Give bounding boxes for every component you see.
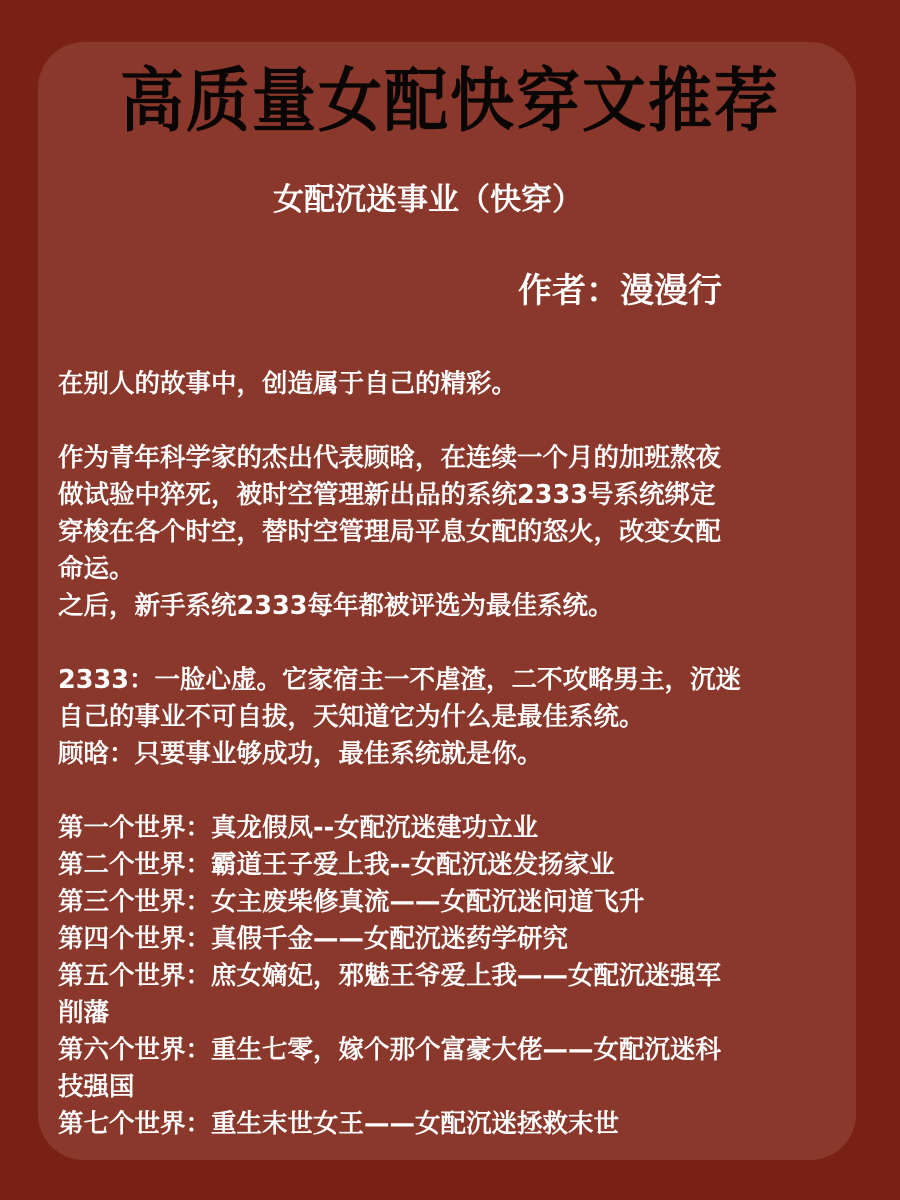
world-item-4: 第四个世界：真假千金——女配沉迷药学研究	[58, 921, 848, 958]
dialogue-line: 2333：一脸心虚。它家宿主一不虐渣，二不攻略男主，沉迷	[58, 662, 848, 699]
dialogue-line: 顾晗：只要事业够成功，最佳系统就是你。	[58, 736, 848, 773]
paragraph-gap	[58, 773, 848, 810]
world-item-1: 第一个世界：真龙假凤--女配沉迷建功立业	[58, 810, 848, 847]
synopsis-line: 命运。	[58, 551, 848, 588]
paragraph-gap	[58, 403, 848, 440]
world-item-3: 第三个世界：女主废柴修真流——女配沉迷问道飞升	[58, 884, 848, 921]
synopsis-line: 之后，新手系统2333每年都被评选为最佳系统。	[58, 588, 848, 625]
synopsis: 作为青年科学家的杰出代表顾晗，在连续一个月的加班熬夜 做试验中猝死，被时空管理新…	[58, 440, 848, 625]
world-item-5-cont: 削藩	[58, 995, 848, 1032]
dialogue: 2333：一脸心虚。它家宿主一不虐渣，二不攻略男主，沉迷 自己的事业不可自拔，天…	[58, 662, 848, 773]
book-title: 女配沉迷事业（快穿）	[273, 178, 583, 222]
world-item-7: 第七个世界：重生末世女王——女配沉迷拯救末世	[58, 1106, 848, 1143]
world-item-5: 第五个世界：庶女嫡妃，邪魅王爷爱上我——女配沉迷强军	[58, 958, 848, 995]
world-item-6: 第六个世界：重生七零，嫁个那个富豪大佬——女配沉迷科	[58, 1032, 848, 1069]
book-description: 在别人的故事中，创造属于自己的精彩。 作为青年科学家的杰出代表顾晗，在连续一个月…	[58, 366, 848, 1143]
book-author: 作者：漫漫行	[518, 268, 722, 314]
paragraph-gap	[58, 625, 848, 662]
synopsis-line: 作为青年科学家的杰出代表顾晗，在连续一个月的加班熬夜	[58, 440, 848, 477]
tagline: 在别人的故事中，创造属于自己的精彩。	[58, 366, 848, 403]
page-title: 高质量女配快穿文推荐	[0, 59, 900, 145]
world-item-2: 第二个世界：霸道王子爱上我--女配沉迷发扬家业	[58, 847, 848, 884]
tagline-text: 在别人的故事中，创造属于自己的精彩。	[58, 366, 848, 403]
dialogue-line: 自己的事业不可自拔，天知道它为什么是最佳系统。	[58, 699, 848, 736]
world-list: 第一个世界：真龙假凤--女配沉迷建功立业 第二个世界：霸道王子爱上我--女配沉迷…	[58, 810, 848, 1143]
synopsis-line: 穿梭在各个时空，替时空管理局平息女配的怒火，改变女配	[58, 514, 848, 551]
synopsis-line: 做试验中猝死，被时空管理新出品的系统2333号系统绑定	[58, 477, 848, 514]
world-item-6-cont: 技强国	[58, 1069, 848, 1106]
